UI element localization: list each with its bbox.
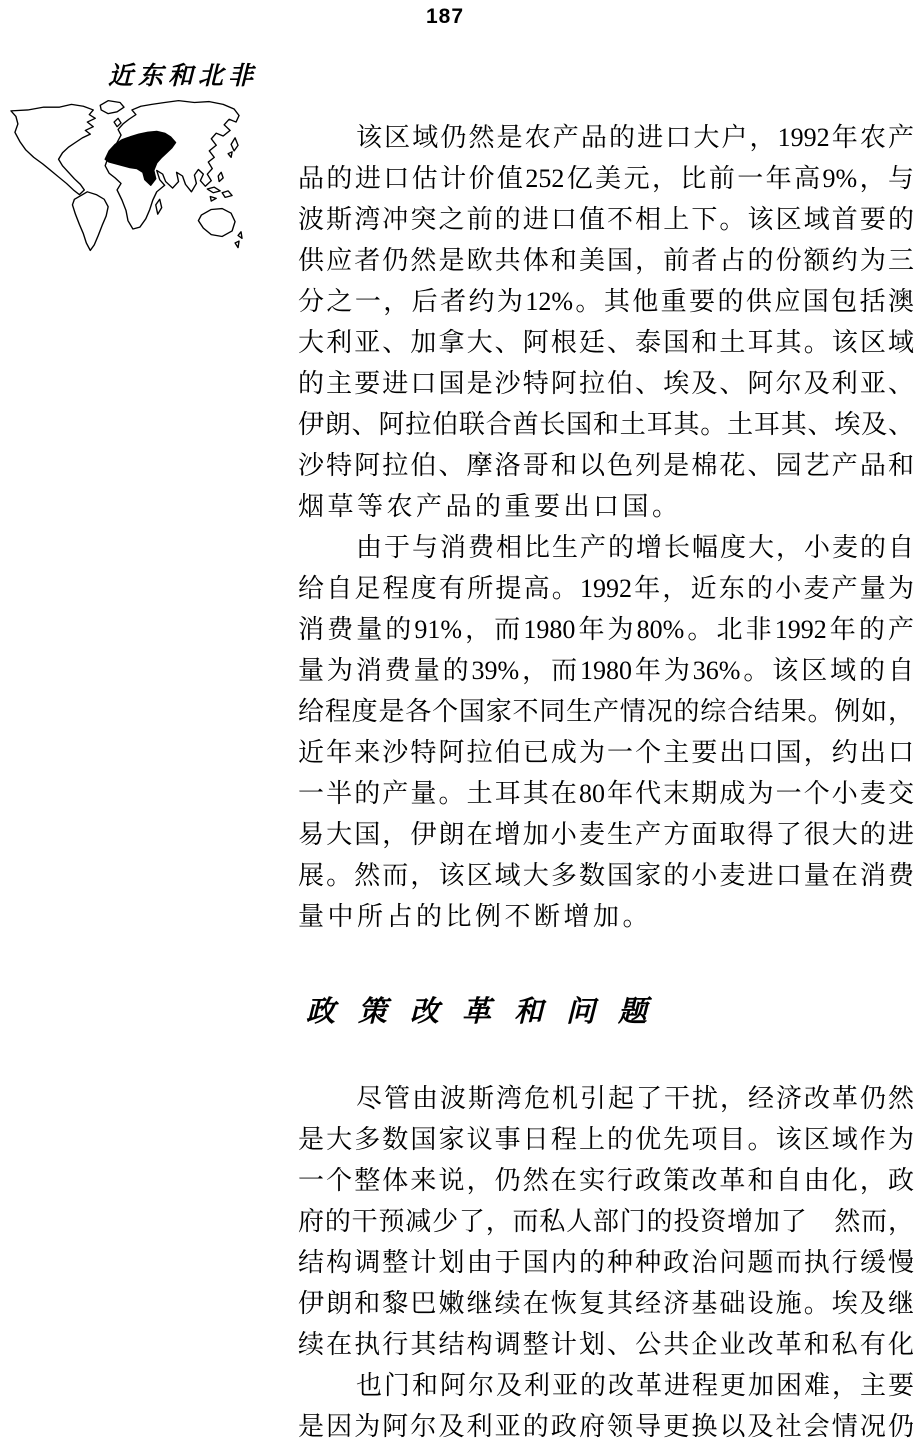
text-line: 伊朗、阿拉伯联合酋长国和土耳其。土耳其、埃及、 — [298, 405, 914, 446]
map-new-zealand-2 — [235, 241, 239, 248]
text-line: 展。然而，该区域大多数国家的小麦进口量在消费 — [298, 856, 914, 897]
text-line: 烟草等农产品的重要出口国。 — [298, 487, 914, 528]
text-line: 也门和阿尔及利亚的改革进程更加困难，主要 — [298, 1366, 914, 1407]
text-line: 波斯湾冲突之前的进口值不相上下。该区域首要的 — [298, 200, 914, 241]
map-japan-south — [228, 152, 232, 158]
text-line: 一个整体来说，仍然在实行政策改革和自由化，政 — [298, 1161, 914, 1202]
text-line: 给自足程度有所提高。1992年，近东的小麦产量为 — [298, 569, 914, 610]
text-line: 该区域仍然是农产品的进口大户，1992年农产 — [298, 118, 914, 159]
text-line: 是大多数国家议事日程上的优先项目。该区域作为 — [298, 1120, 914, 1161]
world-map-icon — [6, 96, 244, 256]
text-line: 伊朗和黎巴嫩继续在恢复其经济基础设施。埃及继 — [298, 1284, 914, 1325]
text-line: 近年来沙特阿拉伯已成为一个主要出口国，约出口 — [298, 733, 914, 774]
text-line: 府的干预减少了，而私人部门的投资增加了 然而， — [298, 1202, 914, 1243]
section-heading: 政策改革和问题 — [306, 992, 914, 1033]
text-line: 给程度是各个国家不同生产情况的综合结果。例如， — [298, 692, 914, 733]
body-text-column: 该区域仍然是农产品的进口大户，1992年农产 品的进口估计价值252亿美元，比前… — [298, 118, 914, 1448]
text-line: 量为消费量的39%，而1980年为36%。该区域的自 — [298, 651, 914, 692]
text-line: 分之一，后者约为12%。其他重要的供应国包括澳 — [298, 282, 914, 323]
map-philippines — [218, 172, 223, 181]
text-line: 易大国，伊朗在增加小麦生产方面取得了很大的进 — [298, 815, 914, 856]
map-south-america — [72, 192, 108, 251]
map-japan — [231, 138, 238, 151]
paragraph-imports: 该区域仍然是农产品的进口大户，1992年农产 品的进口估计价值252亿美元，比前… — [298, 118, 914, 528]
map-indonesia-1 — [207, 187, 220, 193]
region-title: 近东和北非 — [108, 56, 258, 92]
text-line: 沙特阿拉伯、摩洛哥和以色列是棉花、园艺产品和 — [298, 446, 914, 487]
text-line: 是因为阿尔及利亚的政府领导更换以及社会情况仍 — [298, 1407, 914, 1448]
text-line: 大利亚、加拿大、阿根廷、泰国和土耳其。该区域 — [298, 323, 914, 364]
text-line: 量中所占的比例不断增加。 — [298, 897, 914, 938]
text-line: 的主要进口国是沙特阿拉伯、埃及、阿尔及利亚、 — [298, 364, 914, 405]
text-line: 续在执行其结构调整计划、公共企业改革和私有化 — [298, 1325, 914, 1366]
map-british-isles — [114, 118, 121, 126]
map-new-zealand-1 — [238, 232, 242, 239]
paragraph-wheat-self-sufficiency: 由于与消费相比生产的增长幅度大，小麦的自 给自足程度有所提高。1992年，近东的… — [298, 528, 914, 938]
map-madagascar — [156, 199, 162, 214]
scanned-document-page: 187 近东和北非 — [0, 0, 918, 1449]
map-north-america — [11, 104, 95, 194]
text-line: 尽管由波斯湾危机引起了干扰，经济改革仍然 — [298, 1079, 914, 1120]
text-line: 结构调整计划由于国内的种种政治问题而执行缓慢 — [298, 1243, 914, 1284]
text-line: 由于与消费相比生产的增长幅度大，小麦的自 — [298, 528, 914, 569]
text-line: 消费量的91%，而1980年为80%。北非1992年的产 — [298, 610, 914, 651]
text-line: 一半的产量。土耳其在80年代末期成为一个小麦交 — [298, 774, 914, 815]
paragraph-yemen-algeria: 也门和阿尔及利亚的改革进程更加困难，主要 是因为阿尔及利亚的政府领导更换以及社会… — [298, 1366, 914, 1448]
page-number: 187 — [0, 5, 890, 29]
map-australia — [198, 209, 235, 237]
text-line: 品的进口估计价值252亿美元，比前一年高9%，与 — [298, 159, 914, 200]
map-indonesia-2 — [222, 191, 232, 198]
paragraph-policy-reform: 尽管由波斯湾危机引起了干扰，经济改革仍然 是大多数国家议事日程上的优先项目。该区… — [298, 1079, 914, 1366]
text-line: 供应者仍然是欧共体和美国，前者占的份额约为三 — [298, 241, 914, 282]
map-indonesia-3 — [210, 196, 216, 201]
map-greenland — [100, 101, 124, 114]
